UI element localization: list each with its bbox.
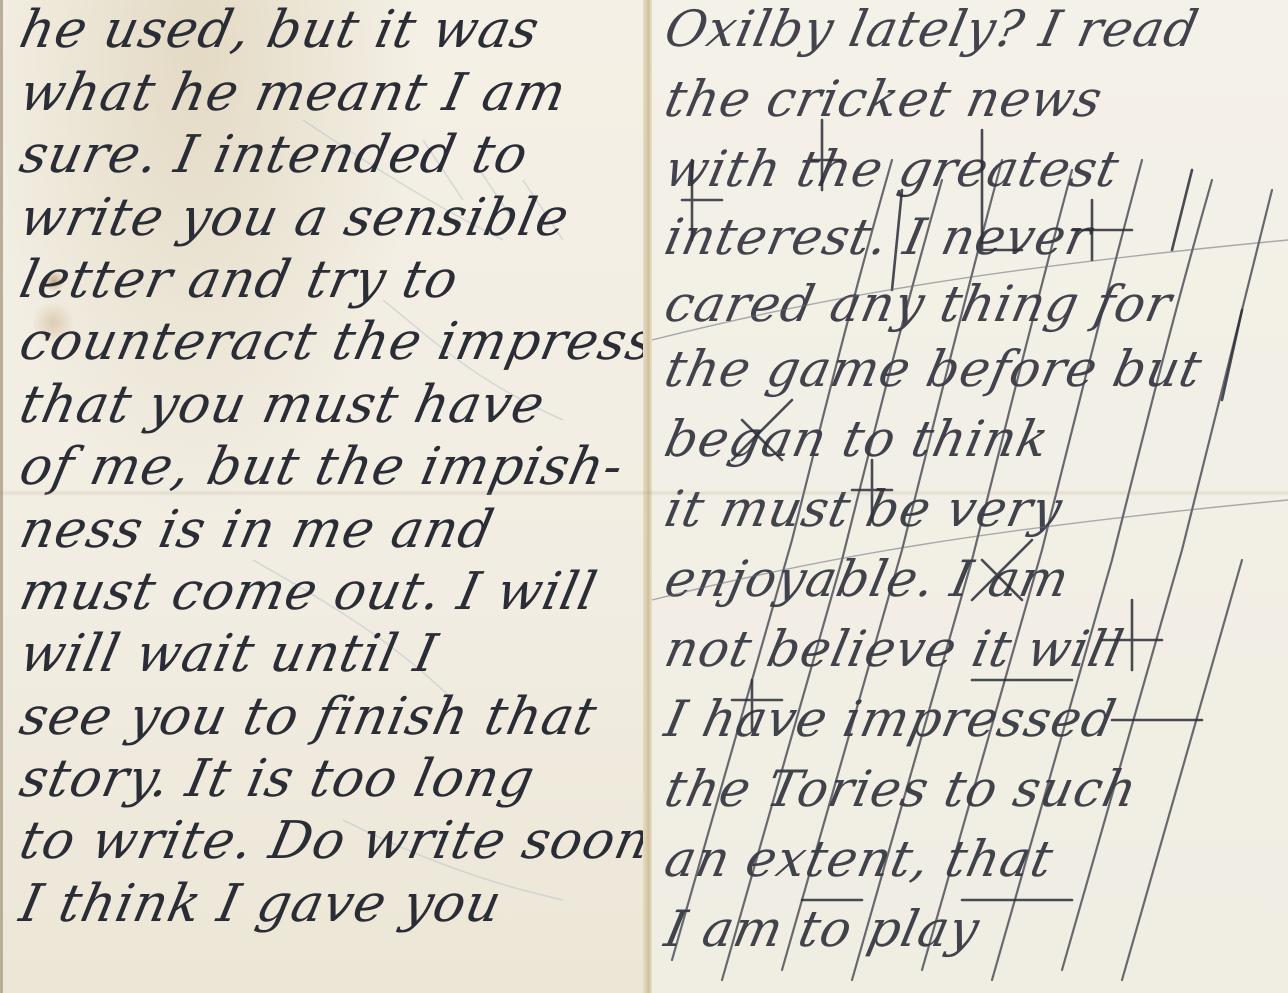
horizontal-fold-crease xyxy=(0,490,1288,496)
text-line: enjoyable. I am xyxy=(660,550,1075,608)
text-line: with the greatest xyxy=(660,140,1125,198)
text-line: I have impressed xyxy=(660,690,1122,748)
text-line: an extent, that xyxy=(660,830,1059,888)
text-line: that you must have xyxy=(15,375,551,435)
text-line: the Tories to such xyxy=(660,760,1143,818)
left-page: he used, but it was what he meant I am s… xyxy=(0,0,645,993)
text-line: must come out. I will xyxy=(15,562,603,622)
letter-spread: he used, but it was what he meant I am s… xyxy=(0,0,1288,993)
text-line: it must be very xyxy=(660,480,1068,538)
text-line: the game before but xyxy=(660,340,1208,398)
text-line: will wait until I xyxy=(15,624,443,684)
text-line: see you to finish that xyxy=(15,687,603,747)
text-line: story. It is too long xyxy=(15,749,541,809)
text-line: the cricket news xyxy=(660,70,1108,128)
text-line: sure. I intended to xyxy=(15,125,534,185)
text-line: counteract the impression xyxy=(15,312,746,372)
text-line: he used, but it was xyxy=(15,0,545,60)
text-line: I am to play xyxy=(660,900,985,958)
text-line: letter and try to xyxy=(15,250,464,310)
text-line: what he meant I am xyxy=(15,63,572,123)
text-line: Oxilby lately? I read xyxy=(660,0,1204,58)
text-line: of me, but the impish- xyxy=(15,437,629,497)
text-line: interest. I never xyxy=(660,208,1097,266)
right-page: Oxilby lately? I read the cricket news w… xyxy=(652,0,1288,993)
text-line: not believe it will xyxy=(660,620,1129,678)
text-line: to write. Do write soon. xyxy=(15,811,674,871)
text-line: I think I gave you xyxy=(15,874,508,934)
text-line: began to think xyxy=(660,410,1055,468)
text-line: cared any thing for xyxy=(660,275,1178,333)
text-line: ness is in me and xyxy=(15,500,500,560)
text-line: write you a sensible xyxy=(15,188,575,248)
